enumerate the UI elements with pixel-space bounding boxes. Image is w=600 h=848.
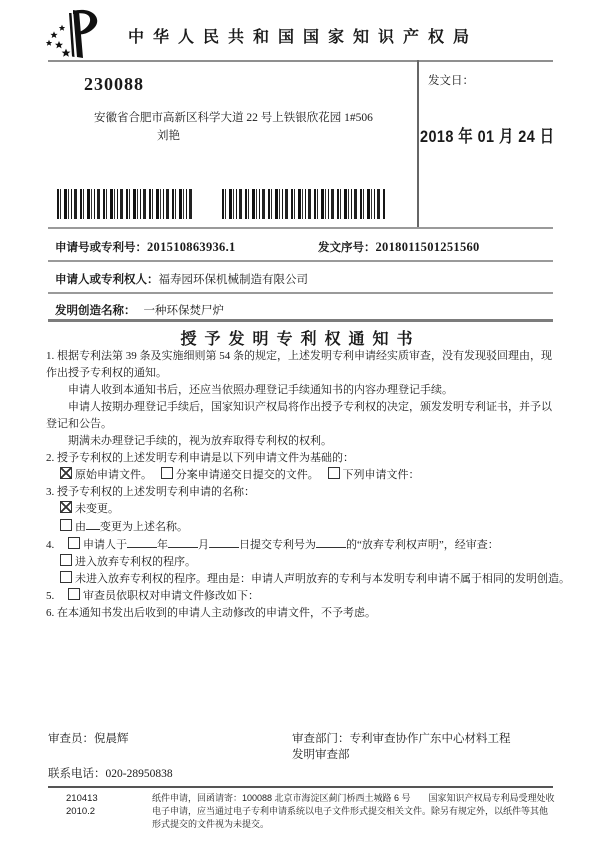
phone-number: 020-28950838 (106, 768, 173, 780)
serial-no-value: 2018011501251560 (376, 240, 480, 254)
footer-form-codes: 210413 2010.2 (66, 792, 98, 818)
section-4-seg3: 月 (198, 539, 209, 551)
option-title-unchanged: 未变更。 (75, 503, 119, 515)
footer-instructions: 纸件申请，回函请寄：100088 北京市海淀区蓟门桥西土城路 6 号 国家知识产… (152, 792, 556, 831)
footer-code-1: 210413 (66, 792, 98, 805)
blank-month (168, 536, 198, 548)
patent-grant-notice-page: 中华人民共和国国家知识产权局 230088 安徽省合肥市高新区科学大道 22 号… (0, 0, 600, 848)
checkbox-abandon-statement (68, 537, 80, 549)
section-4-seg1: 申请人于 (83, 539, 127, 551)
checkbox-title-changed (60, 519, 72, 531)
footer-rule (48, 786, 553, 788)
section-2-heading: 2. 授予专利权的上述发明专利申请是以下列申请文件为基础的： (46, 450, 554, 467)
dispatch-date-value: 2018 年 01 月 24 日 (420, 122, 555, 147)
checkbox-not-enter-abandon-procedure (60, 571, 72, 583)
option-title-changed-post: 变更为上述名称。 (100, 521, 188, 533)
section-4-seg5: 的“放弃专利权声明”，经审查： (346, 539, 499, 551)
department-line-1: 专利审查协作广东中心材料工程 (350, 733, 511, 745)
section-4-seg2: 年 (157, 539, 168, 551)
section-4-number: 4. (46, 537, 68, 554)
contact-phone-row: 联系电话：020-28950838 (48, 765, 173, 781)
invention-title-value: 一种环保焚尸炉 (136, 305, 225, 317)
section-1-paragraph-3: 申请人按期办理登记手续后，国家知识产权局将作出授予专利权的决定，颁发发明专利证书… (46, 399, 554, 433)
barcode-2 (222, 189, 385, 219)
application-no-value: 201510863936.1 (147, 240, 236, 254)
recipient-postal-code: 230088 (84, 74, 144, 95)
dispatch-box-divider (417, 60, 419, 228)
footer-paper-instruction: 纸件申请，回函请寄：100088 北京市海淀区蓟门桥西土城路 6 号 国家知识产… (152, 792, 556, 805)
meta-rule-2 (48, 260, 553, 262)
meta-rule-3 (48, 292, 553, 294)
section-6-text: 6. 在本通知书发出后收到的申请人主动修改的申请文件，不予考虑。 (46, 605, 554, 622)
checkbox-examiner-amendment (68, 588, 80, 600)
section-4-seg4: 日提交专利号为 (239, 539, 316, 551)
section-3-heading: 3. 授予专利权的上述发明专利申请的名称： (46, 484, 554, 501)
recipient-address: 安徽省合肥市高新区科学大道 22 号上铁银欣花园 1#506 (94, 109, 373, 125)
blank-patent-no (316, 536, 346, 548)
section-5-text: 审查员依职权对申请文件修改如下： (83, 590, 259, 602)
header-rule (48, 60, 553, 62)
checkbox-original-documents (60, 467, 72, 479)
footer-code-2: 2010.2 (66, 805, 98, 818)
blank-old-title (86, 518, 100, 530)
option-listed-documents: 下列申请文件： (343, 469, 420, 481)
section-1-paragraph-2: 申请人收到本通知书后，还应当依照办理登记手续通知书的内容办理登记手续。 (46, 382, 554, 399)
section-2-options: 原始申请文件。 分案申请递交日提交的文件。 下列申请文件： (46, 467, 554, 484)
footer-electronic-instruction: 电子申请，应当通过电子专利申请系统以电子文件形式提交相关文件。除另有规定外，以纸… (152, 805, 556, 831)
section-5-number: 5. (46, 588, 68, 605)
agency-title: 中华人民共和国国家知识产权局 (128, 24, 478, 47)
meta-rule-1 (48, 227, 553, 229)
sipo-logo-icon (40, 8, 110, 60)
section-3-option-2: 由变更为上述名称。 (46, 518, 554, 536)
section-4-option-2: 未进入放弃专利权的程序。理由是：申请人声明放弃的专利与本发明专利申请不属于相同的… (46, 571, 554, 588)
serial-no-label: 发文序号： (318, 242, 376, 254)
examiner-label: 审查员： (48, 733, 94, 745)
department-label: 审查部门： (292, 733, 350, 745)
examination-department: 审查部门：专利审查协作广东中心材料工程 发明审查部 (292, 730, 572, 762)
section-5-line: 5.审查员依职权对申请文件修改如下： (46, 588, 554, 605)
application-no-label: 申请号或专利号： (55, 242, 147, 254)
checkbox-title-unchanged (60, 501, 72, 513)
barcode-1 (57, 189, 195, 219)
blank-year (127, 536, 157, 548)
option-enter-abandon-procedure: 进入放弃专利权的程序。 (75, 556, 196, 568)
dispatch-date-label: 发文日： (428, 72, 474, 88)
blank-day (209, 536, 239, 548)
applicant-label: 申请人或专利权人： (55, 274, 159, 286)
checkbox-divisional-documents (161, 467, 173, 479)
invention-title-label: 发明创造名称： (55, 305, 136, 317)
option-original-documents: 原始申请文件。 (75, 469, 152, 481)
option-not-enter-abandon-procedure: 未进入放弃专利权的程序。理由是：申请人声明放弃的专利与本发明专利申请不属于相同的… (75, 573, 570, 585)
notice-body: 1. 根据专利法第 39 条及实施细则第 54 条的规定，上述发明专利申请经实质… (46, 348, 554, 622)
section-1-paragraph-4: 期满未办理登记手续的，视为放弃取得专利权的权利。 (46, 433, 554, 450)
examiner-name: 倪晨辉 (94, 733, 129, 745)
checkbox-listed-documents (328, 467, 340, 479)
examiner-row: 审查员：倪晨辉 (48, 730, 129, 746)
section-4-option-1: 进入放弃专利权的程序。 (46, 554, 554, 571)
meta-rule-bottom (48, 319, 553, 322)
applicant-value: 福寿园环保机械制造有限公司 (159, 274, 309, 286)
recipient-name: 刘艳 (157, 127, 180, 143)
section-1-paragraph-1: 1. 根据专利法第 39 条及实施细则第 54 条的规定，上述发明专利申请经实质… (46, 348, 554, 382)
checkbox-enter-abandon-procedure (60, 554, 72, 566)
option-title-changed-pre: 由 (75, 521, 86, 533)
section-3-option-1: 未变更。 (46, 501, 554, 518)
department-line-2: 发明审查部 (292, 746, 572, 762)
phone-label: 联系电话： (48, 768, 106, 780)
section-4-line-1: 4.申请人于年月日提交专利号为的“放弃专利权声明”，经审查： (46, 536, 554, 554)
option-divisional-documents: 分案申请递交日提交的文件。 (176, 469, 319, 481)
document-title: 授予发明专利权通知书 (180, 331, 420, 348)
